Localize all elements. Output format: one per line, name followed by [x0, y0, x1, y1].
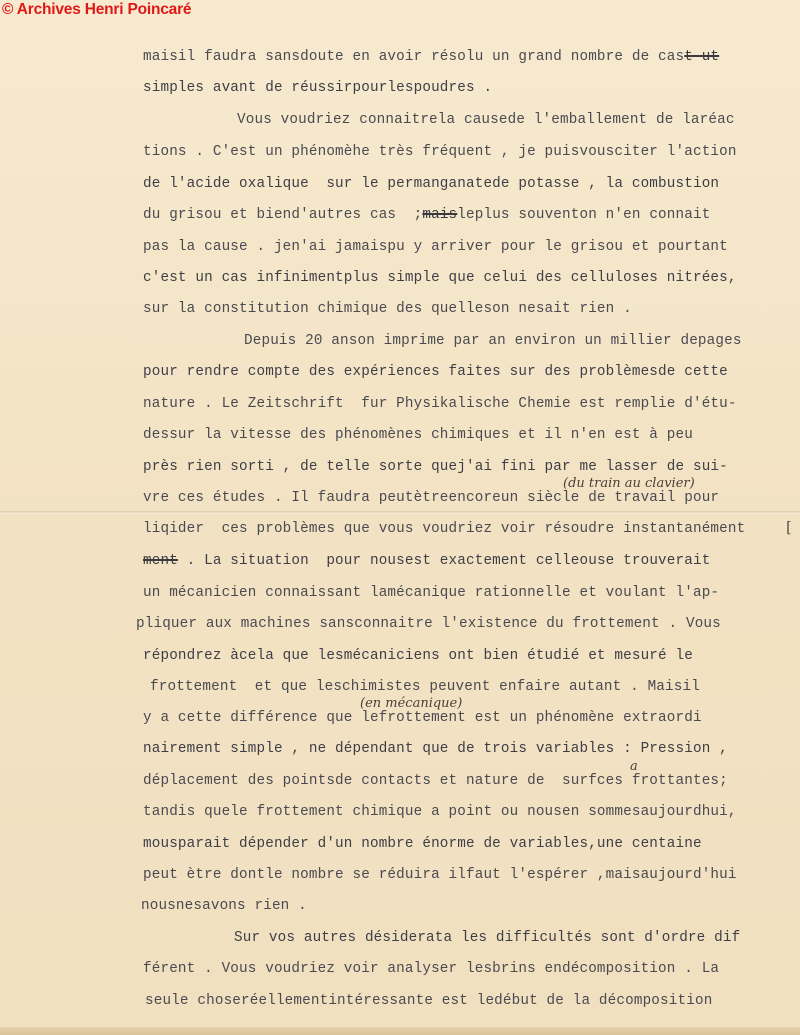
typed-text-continued: leplus souventon n'en connait	[457, 207, 710, 223]
typed-text: nousnesavons rien .	[141, 898, 307, 914]
typed-text: de l'acide oxalique sur le permanganated…	[143, 176, 719, 192]
typed-text-continued: . La situation pour nousest exactement c…	[178, 553, 711, 569]
typed-line: simples avant de réussirpourlespoudres .	[143, 80, 492, 96]
struck-out-text: mais	[422, 207, 457, 223]
typed-line: Depuis 20 anson imprime par an environ u…	[244, 333, 742, 349]
typed-text: un mécanicien connaissant lamécanique ra…	[143, 585, 719, 601]
typed-line: nousnesavons rien .	[141, 898, 307, 914]
typed-line: mousparait dépender d'un nombre énorme d…	[143, 836, 702, 852]
typed-line: pour rendre compte des expériences faite…	[143, 364, 728, 380]
typed-line: maisil faudra sansdoute en avoir résolu …	[143, 49, 719, 65]
typed-line: sur la constitution chimique des quelles…	[143, 301, 632, 317]
typed-text: Sur vos autres désiderata les difficulté…	[234, 930, 740, 946]
handwritten-annotation: (en mécanique)	[360, 696, 462, 711]
typed-line: frottement et que leschimistes peuvent e…	[150, 679, 700, 695]
typed-line: liqider ces problèmes que vous voudriez …	[143, 521, 745, 537]
handwritten-annotation: (du train au clavier)	[563, 476, 695, 491]
typed-text: pliquer aux machines sansconnaitre l'exi…	[136, 616, 721, 632]
typed-line: près rien sorti , de telle sorte quej'ai…	[143, 459, 728, 475]
typed-line: tandis quele frottement chimique a point…	[143, 804, 737, 820]
typed-line: pliquer aux machines sansconnaitre l'exi…	[136, 616, 721, 632]
typed-text: tandis quele frottement chimique a point…	[143, 804, 737, 820]
typed-text: tions . C'est un phénomèhe très fréquent…	[143, 144, 737, 160]
typed-text: dessur la vitesse des phénomènes chimiqu…	[143, 427, 693, 443]
typed-text: sur la constitution chimique des quelles…	[143, 301, 632, 317]
typed-text: mousparait dépender d'un nombre énorme d…	[143, 836, 702, 852]
typed-text: peut ètre dontle nombre se réduira ilfau…	[143, 867, 737, 883]
typed-line: tions . C'est un phénomèhe très fréquent…	[143, 144, 737, 160]
margin-bracket-mark: [	[786, 518, 792, 536]
typed-line: Vous voudriez connaitrela causede l'emba…	[237, 112, 735, 128]
typed-line: férent . Vous voudriez voir analyser les…	[143, 961, 719, 977]
typed-line: un mécanicien connaissant lamécanique ra…	[143, 585, 719, 601]
handwritten-annotation: a	[630, 759, 638, 774]
struck-out-text: t ut	[684, 49, 719, 65]
typed-text: pour rendre compte des expériences faite…	[143, 364, 728, 380]
typed-line: y a cette différence que lefrottement es…	[143, 710, 702, 726]
typed-text: Depuis 20 anson imprime par an environ u…	[244, 333, 742, 349]
typed-text: simples avant de réussirpourlespoudres .	[143, 80, 492, 96]
typed-line: de l'acide oxalique sur le permanganated…	[143, 176, 719, 192]
struck-out-text: ment	[143, 553, 178, 569]
typed-line: répondrez àcela que lesmécaniciens ont b…	[143, 648, 693, 664]
typed-text: frottement et que leschimistes peuvent e…	[150, 679, 700, 695]
typed-text: seule choseréellementintéressante est le…	[145, 993, 712, 1009]
typed-text: c'est un cas infinimentplus simple que c…	[143, 270, 737, 286]
typed-text: férent . Vous voudriez voir analyser les…	[143, 961, 719, 977]
typed-text: répondrez àcela que lesmécaniciens ont b…	[143, 648, 693, 664]
typed-text: nairement simple , ne dépendant que de t…	[143, 741, 728, 757]
typewritten-letter-page: maisil faudra sansdoute en avoir résolu …	[0, 0, 800, 1035]
typed-line: peut ètre dontle nombre se réduira ilfau…	[143, 867, 737, 883]
typed-line: déplacement des pointsde contacts et nat…	[143, 773, 728, 789]
typed-text: près rien sorti , de telle sorte quej'ai…	[143, 459, 728, 475]
typed-text: y a cette différence que lefrottement es…	[143, 710, 702, 726]
typed-line: pas la cause . jen'ai jamaispu y arriver…	[143, 239, 728, 255]
typed-text: vre ces études . Il faudra peutètreencor…	[143, 490, 719, 506]
typed-text: liqider ces problèmes que vous voudriez …	[143, 521, 745, 537]
typed-line: nairement simple , ne dépendant que de t…	[143, 741, 728, 757]
typed-line: c'est un cas infinimentplus simple que c…	[143, 270, 737, 286]
typed-text: Vous voudriez connaitrela causede l'emba…	[237, 112, 735, 128]
typed-line: Sur vos autres désiderata les difficulté…	[234, 930, 740, 946]
typed-text: déplacement des pointsde contacts et nat…	[143, 773, 728, 789]
typed-text: du grisou et biend'autres cas ;	[143, 207, 422, 223]
typed-text: pas la cause . jen'ai jamaispu y arriver…	[143, 239, 728, 255]
typed-text: maisil faudra sansdoute en avoir résolu …	[143, 49, 684, 65]
typed-line: seule choseréellementintéressante est le…	[145, 993, 712, 1009]
typed-line: ment . La situation pour nousest exactem…	[143, 553, 710, 569]
typed-text: nature . Le Zeitschrift fur Physikalisch…	[143, 396, 737, 412]
typed-line: dessur la vitesse des phénomènes chimiqu…	[143, 427, 693, 443]
typed-line: du grisou et biend'autres cas ;maisleplu…	[143, 207, 710, 223]
typed-line: nature . Le Zeitschrift fur Physikalisch…	[143, 396, 737, 412]
typed-line: vre ces études . Il faudra peutètreencor…	[143, 490, 719, 506]
